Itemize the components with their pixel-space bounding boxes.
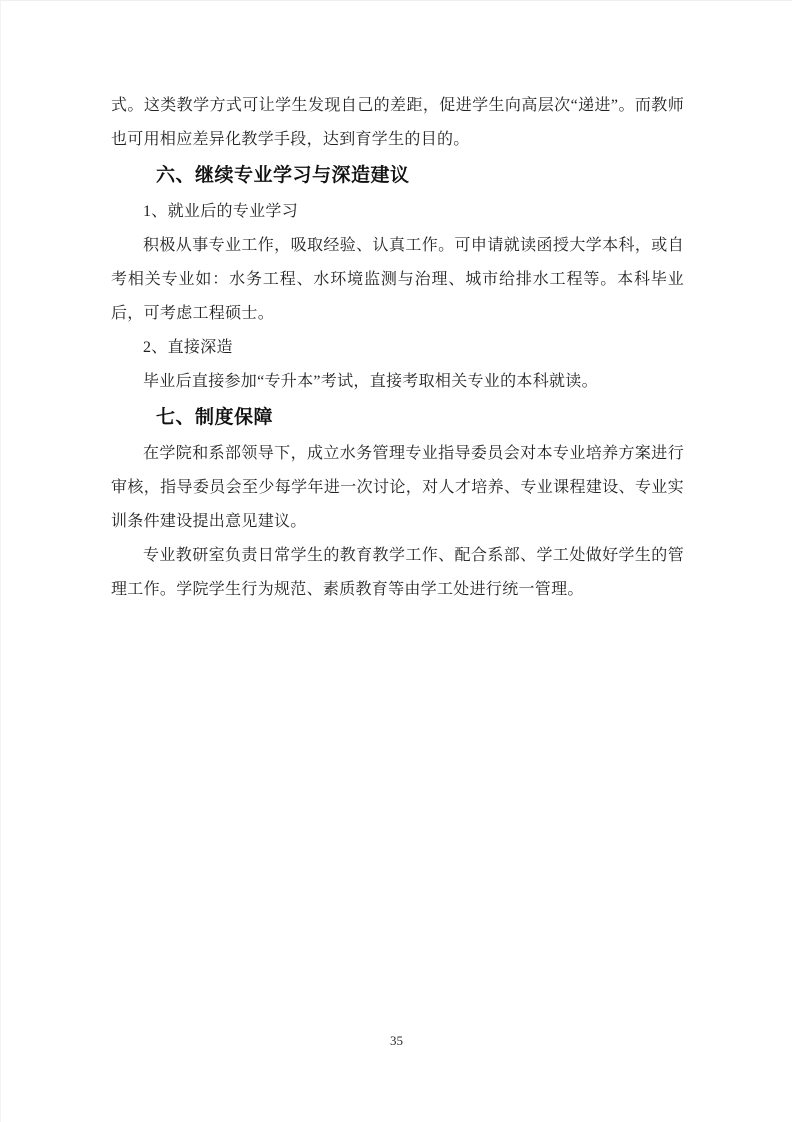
list-item-2: 2、直接深造 [111,331,684,365]
document-page: 式。这类教学方式可让学生发现自己的差距，促进学生向高层次“递进”。而教师也可用相… [0,0,792,1122]
section-heading-6: 六、继续专业学习与深造建议 [111,157,684,195]
page-number: 35 [1,1033,792,1049]
list-item-1: 1、就业后的专业学习 [111,195,684,229]
paragraph-continuation: 式。这类教学方式可让学生发现自己的差距，促进学生向高层次“递进”。而教师也可用相… [111,89,684,157]
section-heading-7: 七、制度保障 [111,399,684,437]
page-content: 式。这类教学方式可让学生发现自己的差距，促进学生向高层次“递进”。而教师也可用相… [111,89,684,607]
paragraph: 积极从事专业工作，吸取经验、认真工作。可申请就读函授大学本科，或自考相关专业如：… [111,229,684,331]
paragraph: 在学院和系部领导下，成立水务管理专业指导委员会对本专业培养方案进行审核，指导委员… [111,437,684,539]
paragraph: 毕业后直接参加“专升本”考试，直接考取相关专业的本科就读。 [111,365,684,399]
paragraph: 专业教研室负责日常学生的教育教学工作、配合系部、学工处做好学生的管理工作。学院学… [111,539,684,607]
